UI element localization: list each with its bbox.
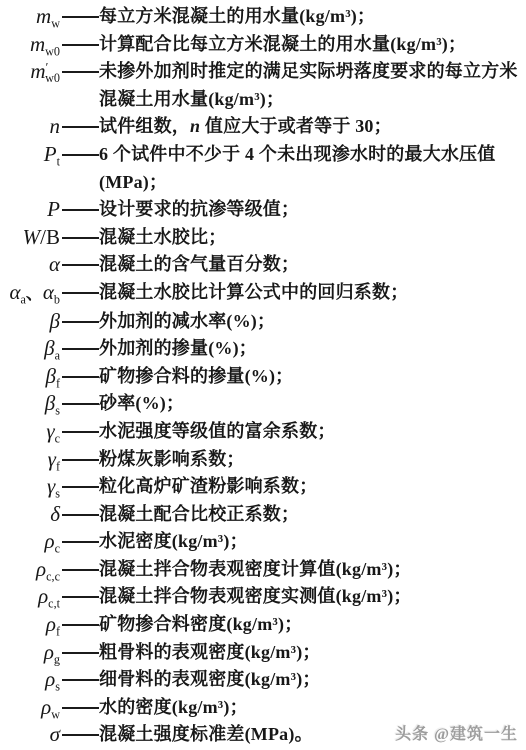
text-segment: m [36,4,51,28]
dash-separator [62,624,99,626]
symbol: n [0,113,62,141]
symbol-row: ρc 水泥密度(kg/m³)； [0,528,526,556]
text-segment: t [57,154,60,168]
symbol-row: Pt 6 个试件中不少于 4 个未出现渗水时的最大水压值(MPa)； [0,141,526,196]
symbol: ρw [0,694,62,722]
symbol: P [0,196,62,224]
symbol-row: γf 粉煤灰影响系数； [0,446,526,474]
symbol-row: mw0 计算配合比每立方米混凝土的用水量(kg/m³)； [0,31,526,59]
text-segment: α [43,280,54,304]
definition: 粒化高炉矿渣粉影响系数； [99,473,317,501]
definition: 细骨料的表观密度(kg/m³)； [99,666,321,694]
text-segment: f [56,624,60,638]
symbol: ρs [0,666,62,694]
text-segment: ρ [44,640,54,664]
definition: 粗骨料的表观密度(kg/m³)； [99,639,321,667]
text-segment: 混凝土配合比校正系数； [99,504,299,524]
symbol: βf [0,363,62,391]
symbol: σ [0,721,62,749]
text-segment: β [50,309,60,333]
text-segment: 混凝土强度标准差(MPa)。 [99,724,313,744]
definition: 每立方米混凝土的用水量(kg/m³)； [99,3,375,31]
symbol: δ [0,501,62,529]
dash-separator [62,209,99,211]
text-segment: 外加剂的减水率(%)； [99,311,275,331]
text-segment: w0 [45,71,60,85]
text-segment: P [44,142,57,166]
text-segment: γ [47,474,55,498]
text-segment: β [45,391,55,415]
text-segment: 砂率(%)； [99,393,184,413]
symbol-row: ρf 矿物掺合料密度(kg/m³)； [0,611,526,639]
symbol-row: ρs 细骨料的表观密度(kg/m³)； [0,666,526,694]
text-segment: 混凝土的含气量百分数； [99,254,299,274]
text-segment: b [54,292,60,306]
text-segment: 粒化高炉矿渣粉影响系数； [99,476,317,496]
text-segment: m [30,59,45,83]
text-segment: w [51,707,60,721]
text-segment: ρ [45,529,55,553]
definition: 试件组数，n 值应大于或者等于 30； [99,113,392,141]
text-segment: 水泥强度等级值的富余系数； [99,421,336,441]
dash-separator [62,264,99,266]
text-segment: c [55,542,60,556]
symbol-row: βf 矿物掺合料的掺量(%)； [0,363,526,391]
definition: 混凝土配合比校正系数； [99,501,299,529]
dash-separator [62,541,99,543]
symbol-row: n 试件组数，n 值应大于或者等于 30； [0,113,526,141]
text-segment: w0 [45,44,60,58]
definition: 未掺外加剂时推定的满足实际坍落度要求的每立方米混凝土用水量(kg/m³)； [99,58,518,113]
text-segment: 混凝土水胶比计算公式中的回归系数； [99,282,408,302]
dash-separator [62,126,99,128]
text-segment: 水的密度(kg/m³)； [99,697,248,717]
symbol: α [0,251,62,279]
definition: 混凝土水胶比计算公式中的回归系数； [99,279,408,307]
dash-separator [62,679,99,681]
definition: 外加剂的减水率(%)； [99,308,275,336]
dash-separator [62,237,99,239]
text-segment: m [30,32,45,56]
symbol: βa [0,335,62,363]
symbol: γs [0,473,62,501]
symbol: ρc [0,528,62,556]
text-segment: 未掺外加剂时推定的满足实际坍落度要求的每立方米 [99,61,518,81]
text-segment: 每立方米混凝土的用水量(kg/m³)； [99,6,375,26]
symbol: βs [0,390,62,418]
text-segment: /B [40,225,60,249]
symbol-definition-list: mw 每立方米混凝土的用水量(kg/m³)； mw0 计算配合比每立方米混凝土的… [0,3,526,749]
text-segment: 细骨料的表观密度(kg/m³)； [99,669,321,689]
symbol-row: ρg 粗骨料的表观密度(kg/m³)； [0,639,526,667]
text-segment: g [54,652,60,666]
text-segment: 、 [26,284,43,303]
definition: 混凝土的含气量百分数； [99,251,299,279]
text-segment: 试件组数， [99,116,190,136]
symbol: αa、αb [0,279,62,308]
dash-separator [62,734,99,736]
symbol: ρc,t [0,583,62,611]
symbol-row: W/B 混凝土水胶比； [0,224,526,252]
symbol: ρf [0,611,62,639]
symbol: ρg [0,639,62,667]
definition: 粉煤灰影响系数； [99,446,245,474]
symbol: ρc,c [0,556,62,584]
symbol: γc [0,418,62,446]
definition: 6 个试件中不少于 4 个未出现渗水时的最大水压值(MPa)； [99,141,496,196]
watermark: 头条 @建筑一生 [395,721,518,744]
text-segment: β [44,336,54,360]
text-segment: s [55,404,60,418]
text-segment: 6 个试件中不少于 4 个未出现渗水时的最大水压值 [99,144,496,164]
dash-separator [62,707,99,709]
text-segment: 混凝土用水量(kg/m³)； [99,89,284,109]
dash-separator [62,321,99,323]
dash-separator [62,348,99,350]
dash-separator [62,154,99,156]
text-segment: 值应大于或者等于 30； [200,116,392,136]
dash-separator [62,71,99,73]
text-segment: f [56,459,60,473]
text-segment: 矿物掺合料密度(kg/m³)； [99,614,302,634]
text-segment: n [190,116,200,136]
symbol-row: P 设计要求的抗渗等级值； [0,196,526,224]
text-segment: w [51,16,60,30]
text-segment: ρ [36,557,46,581]
dash-separator [62,459,99,461]
text-segment: (MPa)； [99,172,167,192]
text-segment: f [56,376,60,390]
definition: 水泥强度等级值的富余系数； [99,418,336,446]
symbol: m′w0 [0,58,62,86]
dash-separator [62,44,99,46]
dash-separator [62,403,99,405]
symbol-row: βa 外加剂的掺量(%)； [0,335,526,363]
symbol: Pt [0,141,62,169]
dash-separator [62,376,99,378]
definition: 矿物掺合料的掺量(%)； [99,363,293,391]
text-segment: 外加剂的掺量(%)； [99,338,257,358]
text-segment: W [23,225,41,249]
dash-separator [62,569,99,571]
text-segment: ρ [38,584,48,608]
text-segment: α [49,252,60,276]
definition: 计算配合比每立方米混凝土的用水量(kg/m³)； [99,31,466,59]
text-segment: ρ [46,612,56,636]
text-segment: γ [46,419,54,443]
text-segment: γ [48,447,56,471]
dash-separator [62,16,99,18]
text-segment: 计算配合比每立方米混凝土的用水量(kg/m³)； [99,34,466,54]
symbol-row: ρw 水的密度(kg/m³)； [0,694,526,722]
text-segment: P [47,197,60,221]
text-segment: σ [50,722,60,746]
dash-separator [62,596,99,598]
text-segment: 水泥密度(kg/m³)； [99,531,248,551]
text-segment: 混凝土拌合物表观密度计算值(kg/m³)； [99,559,412,579]
symbol-row: δ 混凝土配合比校正系数； [0,501,526,529]
dash-separator [62,514,99,516]
symbol-row: ρc,c 混凝土拌合物表观密度计算值(kg/m³)； [0,556,526,584]
text-segment: ρ [41,695,51,719]
definition: 混凝土强度标准差(MPa)。 [99,721,313,749]
symbol-row: γs 粒化高炉矿渣粉影响系数； [0,473,526,501]
definition: 外加剂的掺量(%)； [99,335,257,363]
text-segment: 粉煤灰影响系数； [99,449,245,469]
text-segment: a [55,348,60,362]
text-segment: δ [50,502,60,526]
definition: 矿物掺合料密度(kg/m³)； [99,611,302,639]
dash-separator [62,486,99,488]
definition: 混凝土水胶比； [99,224,226,252]
text-segment: β [45,364,55,388]
text-segment: c,c [46,569,60,583]
text-segment: α [9,280,20,304]
symbol-row: α 混凝土的含气量百分数； [0,251,526,279]
symbol: γf [0,446,62,474]
symbol-row: mw 每立方米混凝土的用水量(kg/m³)； [0,3,526,31]
text-segment: 矿物掺合料的掺量(%)； [99,366,293,386]
symbol: mw0 [0,31,62,59]
definition: 砂率(%)； [99,390,184,418]
symbol: W/B [0,224,62,252]
text-segment: c [55,431,60,445]
text-segment: 混凝土拌合物表观密度实测值(kg/m³)； [99,586,412,606]
symbol-row: ρc,t 混凝土拌合物表观密度实测值(kg/m³)； [0,583,526,611]
definition: 混凝土拌合物表观密度实测值(kg/m³)； [99,583,412,611]
text-segment: n [50,114,61,138]
dash-separator [62,652,99,654]
definition: 混凝土拌合物表观密度计算值(kg/m³)； [99,556,412,584]
symbol-row: γc 水泥强度等级值的富余系数； [0,418,526,446]
symbol-row: βs 砂率(%)； [0,390,526,418]
symbol-row: αa、αb 混凝土水胶比计算公式中的回归系数； [0,279,526,308]
definition: 设计要求的抗渗等级值； [99,196,299,224]
text-segment: ρ [45,667,55,691]
definition: 水泥密度(kg/m³)； [99,528,248,556]
symbol: mw [0,3,62,31]
dash-separator [62,431,99,433]
definition: 水的密度(kg/m³)； [99,694,248,722]
text-segment: 设计要求的抗渗等级值； [99,199,299,219]
symbol: β [0,308,62,336]
document-page: mw 每立方米混凝土的用水量(kg/m³)； mw0 计算配合比每立方米混凝土的… [0,0,526,750]
dash-separator [62,292,99,294]
text-segment: s [55,680,60,694]
symbol-row: m′w0 未掺外加剂时推定的满足实际坍落度要求的每立方米混凝土用水量(kg/m³… [0,58,526,113]
text-segment: 粗骨料的表观密度(kg/m³)； [99,642,321,662]
symbol-row: β 外加剂的减水率(%)； [0,308,526,336]
text-segment: 混凝土水胶比； [99,227,226,247]
text-segment: s [55,486,60,500]
text-segment: c,t [48,597,60,611]
